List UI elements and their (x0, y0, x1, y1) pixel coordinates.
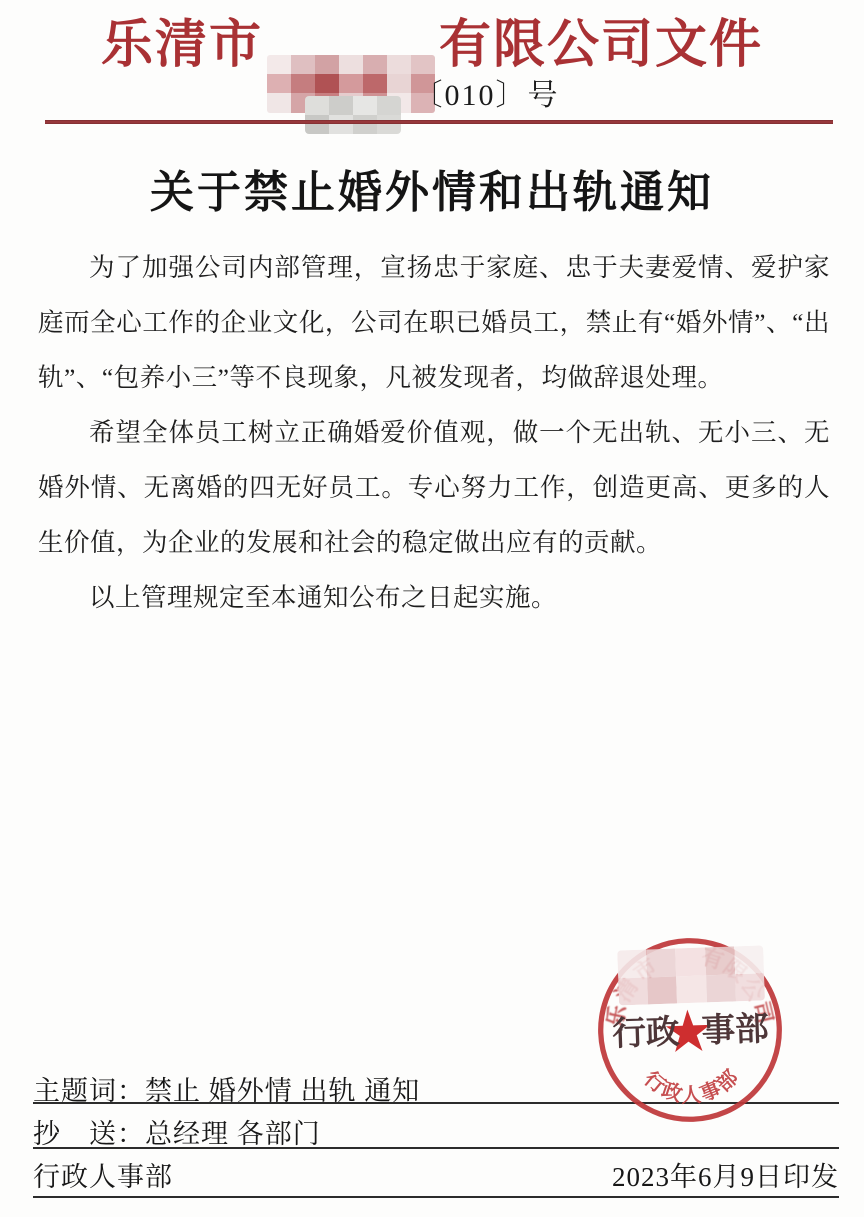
mosaic-cell (377, 96, 401, 115)
mosaic-cell (353, 115, 377, 134)
document-page: 乐清市有限公司文件 〔010〕号 关于禁止婚外情和出轨通知 为了加强公司内部管理… (0, 0, 864, 1217)
mosaic-cell (305, 115, 329, 134)
mosaic-cell (676, 947, 706, 976)
mosaic-cell (617, 949, 647, 978)
letterhead-prefix: 乐清市 (101, 17, 263, 74)
notice-body: 为了加强公司内部管理，宣扬忠于家庭、忠于夫妻爱情、爱护家庭而全心工作的企业文化，… (38, 240, 830, 625)
mosaic-cell (377, 115, 401, 134)
mosaic-cell (647, 976, 677, 1005)
notice-title: 关于禁止婚外情和出轨通知 (0, 156, 864, 220)
subject-value: 禁止 婚外情 出轨 通知 (145, 1076, 420, 1106)
mosaic-cell (305, 96, 329, 115)
document-number: 〔010〕号 (413, 79, 560, 112)
document-number-line: 〔010〕号 (0, 70, 864, 134)
mosaic-cell (735, 973, 765, 1002)
mosaic-cell (706, 974, 736, 1003)
mosaic-cell (329, 96, 353, 115)
red-header-rule (45, 120, 833, 124)
redacted-seal-company-mosaic (617, 945, 765, 1005)
paragraph-2: 希望全体员工树立正确婚爱价值观，做一个无出轨、无小三、无婚外情、无离婚的四无好员… (38, 405, 830, 570)
mosaic-cell (676, 975, 706, 1004)
seal-center-text-right: 事部 (701, 1010, 770, 1050)
subject-label: 主题词： (33, 1076, 145, 1106)
seal-bottom-text: 行政人事部 (639, 1063, 745, 1108)
issuer-department: 行政人事部 (33, 1155, 173, 1194)
issuer-row: 行政人事部 2023年6月9日印发 (33, 1158, 839, 1198)
cc-label: 抄 送： (33, 1119, 145, 1149)
redacted-docnum-mosaic (305, 96, 401, 134)
mosaic-cell (705, 946, 735, 975)
seal-center-text-left: 行政 (612, 1013, 681, 1053)
paragraph-3: 以上管理规定至本通知公布之日起实施。 (38, 570, 830, 625)
letterhead-suffix: 有限公司文件 (439, 17, 763, 74)
mosaic-cell (618, 977, 648, 1006)
issue-date: 2023年6月9日印发 (612, 1155, 839, 1194)
mosaic-cell (329, 115, 353, 134)
mosaic-cell (646, 948, 676, 977)
company-seal-stamp: 乐清市 有限公司 ★ 行政 事部 行政人事部 (591, 931, 790, 1130)
paragraph-1: 为了加强公司内部管理，宣扬忠于家庭、忠于夫妻爱情、爱护家庭而全心工作的企业文化，… (38, 240, 830, 405)
mosaic-cell (734, 945, 764, 974)
cc-value: 总经理 各部门 (145, 1119, 321, 1149)
mosaic-cell (353, 96, 377, 115)
